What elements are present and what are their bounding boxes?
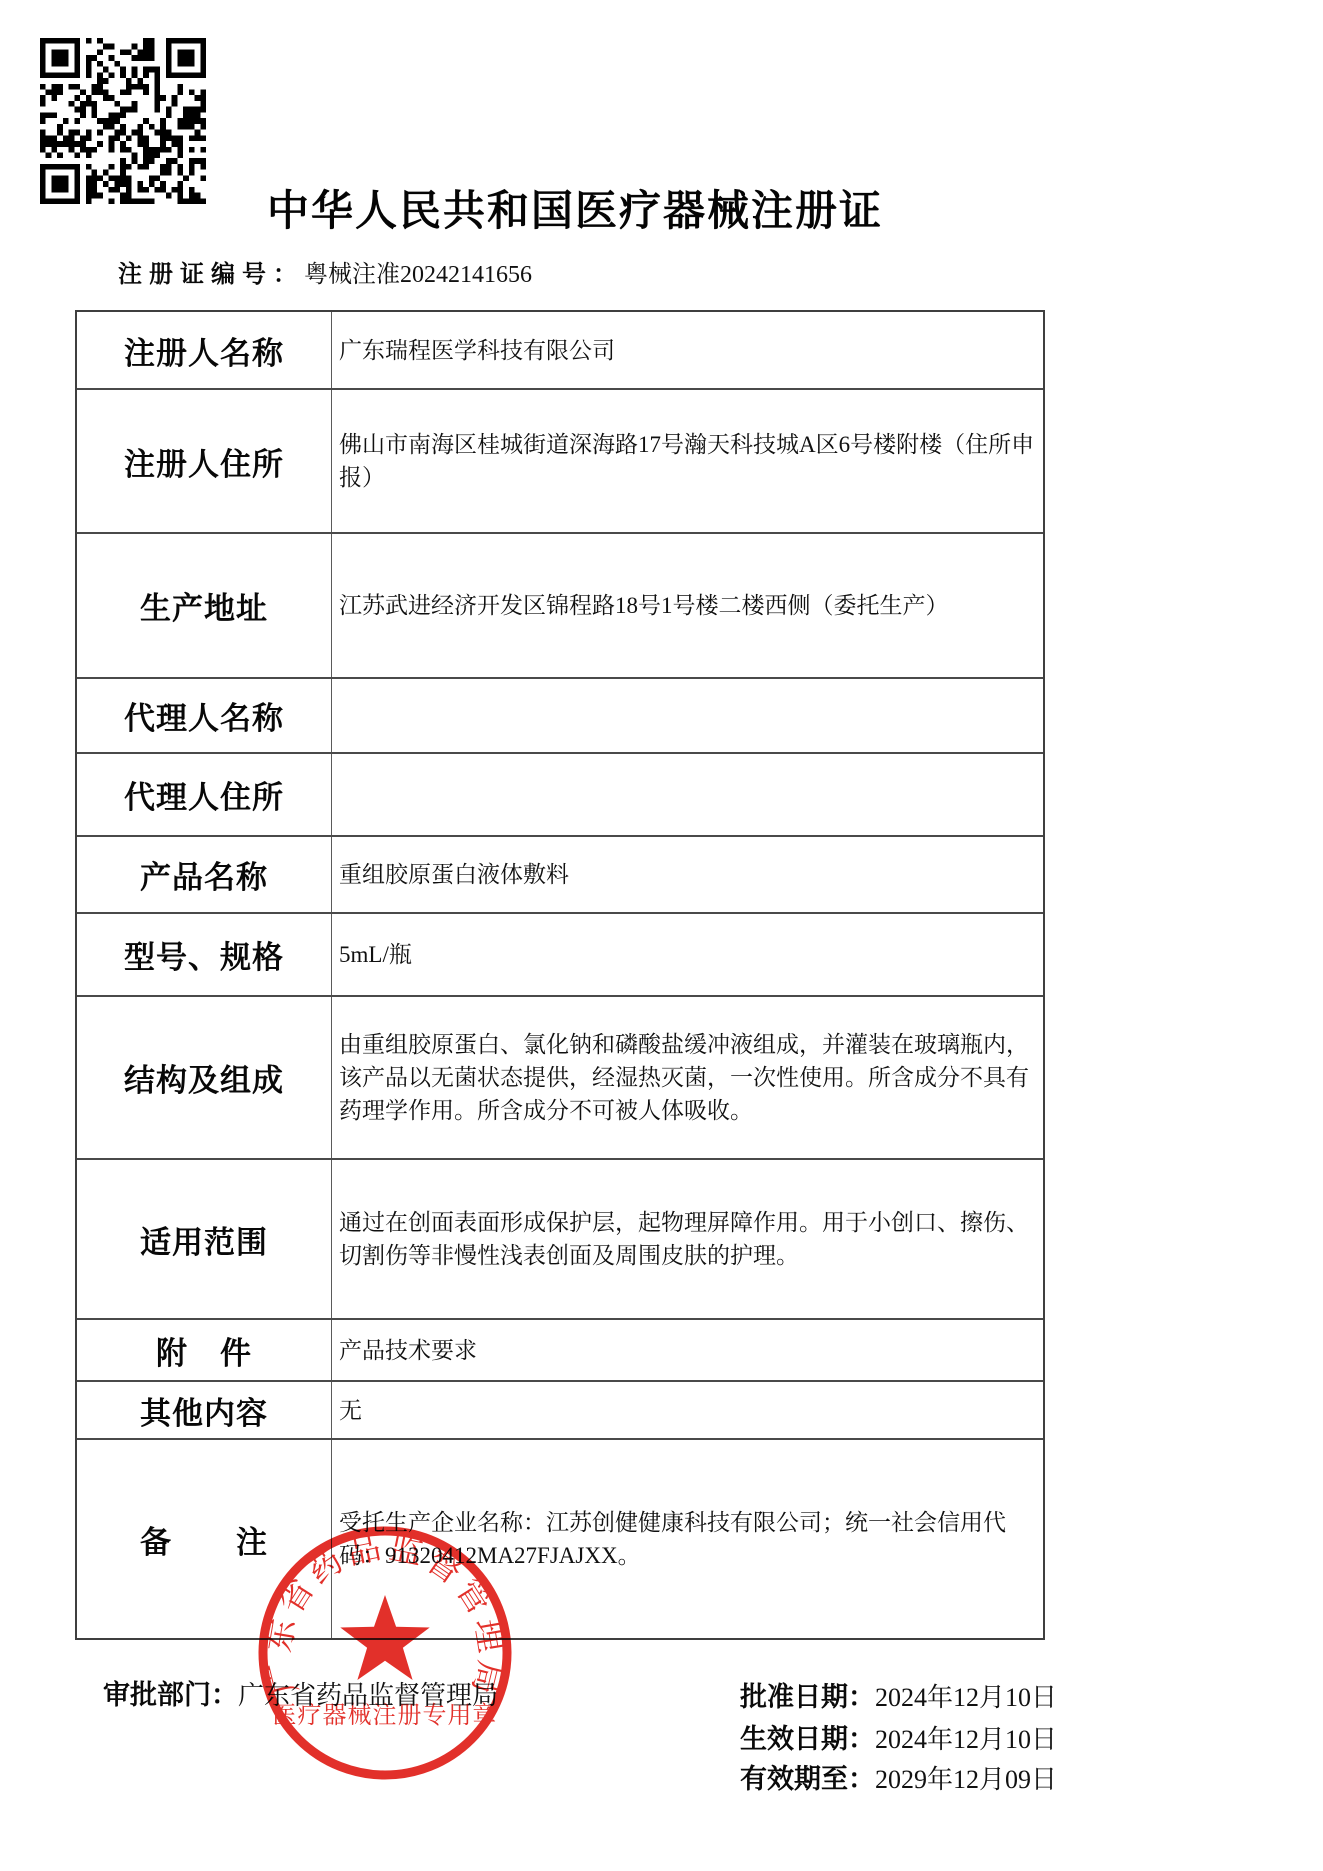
approval-department: 审批部门：广东省药品监督管理局: [103, 1678, 498, 1717]
date-approved: 批准日期：2024年12月10日: [740, 1680, 1057, 1719]
row-value: 佛山市南海区桂城街道深海路17号瀚天科技城A区6号楼附楼（住所申报）: [332, 390, 1043, 532]
row-label: 其他内容: [77, 1382, 332, 1438]
date-expiry-label: 有效期至：: [740, 1764, 875, 1794]
row-value: 重组胶原蛋白液体敷料: [332, 837, 1043, 912]
row-value: 江苏武进经济开发区锦程路18号1号楼二楼西侧（委托生产）: [332, 534, 1043, 677]
row-label: 型号、规格: [77, 914, 332, 995]
date-expiry-value: 2029年12月09日: [875, 1765, 1057, 1794]
row-value: [332, 679, 1043, 752]
table-row: 注册人住所佛山市南海区桂城街道深海路17号瀚天科技城A区6号楼附楼（住所申报）: [77, 390, 1043, 534]
row-label: 注册人名称: [77, 312, 332, 388]
row-label: 附 件: [77, 1320, 332, 1380]
row-label: 备 注: [77, 1440, 332, 1638]
registration-number-label: 注册证编号：: [118, 261, 304, 288]
approval-department-label: 审批部门：: [103, 1680, 238, 1710]
date-approved-label: 批准日期：: [740, 1682, 875, 1712]
cert-table: 注册人名称广东瑞程医学科技有限公司注册人住所佛山市南海区桂城街道深海路17号瀚天…: [75, 310, 1045, 1640]
row-label: 适用范围: [77, 1160, 332, 1318]
table-row: 附 件产品技术要求: [77, 1320, 1043, 1382]
row-label: 注册人住所: [77, 390, 332, 532]
row-label: 结构及组成: [77, 997, 332, 1158]
approval-department-value: 广东省药品监督管理局: [238, 1681, 498, 1710]
certificate-page: 中华人民共和国医疗器械注册证 注册证编号：粤械注准20242141656 注册人…: [0, 0, 1323, 1871]
table-row: 代理人名称: [77, 679, 1043, 754]
registration-number-value: 粤械注准20242141656: [304, 262, 532, 288]
table-row: 结构及组成由重组胶原蛋白、氯化钠和磷酸盐缓冲液组成，并灌装在玻璃瓶内，该产品以无…: [77, 997, 1043, 1160]
table-row: 产品名称重组胶原蛋白液体敷料: [77, 837, 1043, 914]
table-row: 代理人住所: [77, 754, 1043, 837]
row-value: 产品技术要求: [332, 1320, 1043, 1380]
date-effective-label: 生效日期：: [740, 1724, 875, 1754]
table-row: 注册人名称广东瑞程医学科技有限公司: [77, 312, 1043, 390]
row-label: 产品名称: [77, 837, 332, 912]
row-value: [332, 754, 1043, 835]
table-row: 型号、规格5mL/瓶: [77, 914, 1043, 997]
qr-code-icon: [40, 38, 206, 204]
date-effective-value: 2024年12月10日: [875, 1725, 1057, 1754]
row-value: 受托生产企业名称：江苏创健健康科技有限公司；统一社会信用代码：91320412M…: [332, 1440, 1043, 1638]
date-approved-value: 2024年12月10日: [875, 1683, 1057, 1712]
row-value: 通过在创面表面形成保护层，起物理屏障作用。用于小创口、擦伤、切割伤等非慢性浅表创…: [332, 1160, 1043, 1318]
registration-number: 注册证编号：粤械注准20242141656: [118, 254, 532, 286]
row-label: 生产地址: [77, 534, 332, 677]
table-row: 适用范围通过在创面表面形成保护层，起物理屏障作用。用于小创口、擦伤、切割伤等非慢…: [77, 1160, 1043, 1320]
row-value: 广东瑞程医学科技有限公司: [332, 312, 1043, 388]
table-row: 备 注受托生产企业名称：江苏创健健康科技有限公司；统一社会信用代码：913204…: [77, 1440, 1043, 1638]
certificate-title: 中华人民共和国医疗器械注册证: [90, 188, 1060, 234]
row-value: 由重组胶原蛋白、氯化钠和磷酸盐缓冲液组成，并灌装在玻璃瓶内，该产品以无菌状态提供…: [332, 997, 1043, 1158]
date-expiry: 有效期至：2029年12月09日: [740, 1762, 1057, 1801]
table-row: 其他内容无: [77, 1382, 1043, 1440]
row-value: 无: [332, 1382, 1043, 1438]
table-row: 生产地址江苏武进经济开发区锦程路18号1号楼二楼西侧（委托生产）: [77, 534, 1043, 679]
row-label: 代理人住所: [77, 754, 332, 835]
row-label: 代理人名称: [77, 679, 332, 752]
date-effective: 生效日期：2024年12月10日: [740, 1722, 1057, 1761]
row-value: 5mL/瓶: [332, 914, 1043, 995]
